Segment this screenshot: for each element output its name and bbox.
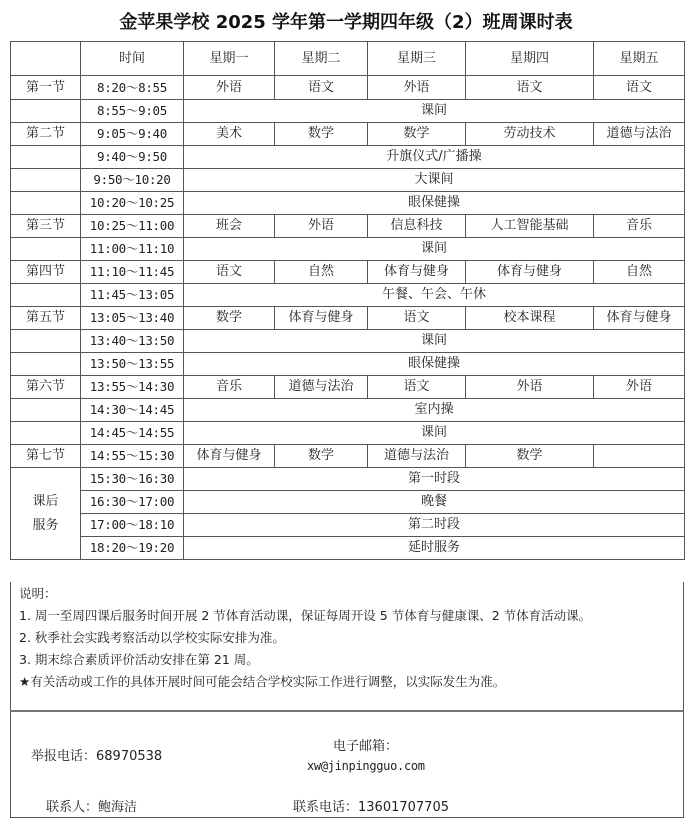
after-school-label-line1: 课后 [11,490,80,514]
time-cell: 10:25～11:00 [81,215,184,238]
merged-activity-cell: 课间 [184,238,685,261]
after-school-row: 18:20～19:20 延时服务 [11,537,685,560]
class-cell: 自然 [275,261,368,284]
class-cell: 语文 [368,307,466,330]
period-cell: 第七节 [11,445,81,468]
header-cell-friday: 星期五 [594,42,685,76]
class-cell: 体育与健身 [368,261,466,284]
merged-activity-cell: 课间 [184,422,685,445]
period-cell [11,422,81,445]
after-school-row: 课后 服务 15:30～16:30 第一时段 [11,468,685,491]
time-cell: 15:30～16:30 [81,468,184,491]
note-item-2: 2. 秋季社会实践考察活动以学校实际安排为准。 [11,627,683,649]
class-cell: 美术 [184,123,275,146]
class-cell: 数学 [466,445,594,468]
table-row: 8:55～9:05 课间 [11,100,685,123]
class-cell: 道德与法治 [275,376,368,399]
table-row: 9:50～10:20 大课间 [11,169,685,192]
page-title: 金苹果学校 2025 学年第一学期四年级（2）班周课时表 [0,8,692,34]
note-item-1: 1. 周一至周四课后服务时间开展 2 节体育活动课，保证每周开设 5 节体育与健… [11,605,683,627]
merged-activity-cell: 晚餐 [184,491,685,514]
header-cell-monday: 星期一 [184,42,275,76]
class-cell: 外语 [466,376,594,399]
class-cell: 语文 [466,76,594,100]
class-cell: 数学 [275,445,368,468]
class-cell: 语文 [594,76,685,100]
after-school-row: 16:30～17:00 晚餐 [11,491,685,514]
table-row: 11:45～13:05 午餐、午会、午休 [11,284,685,307]
period-cell: 第三节 [11,215,81,238]
period-cell [11,330,81,353]
table-row: 第七节 14:55～15:30 体育与健身 数学 道德与法治 数学 [11,445,685,468]
merged-activity-cell: 延时服务 [184,537,685,560]
period-cell: 第二节 [11,123,81,146]
time-cell: 11:45～13:05 [81,284,184,307]
merged-activity-cell: 室内操 [184,399,685,422]
table-row: 第一节 8:20～8:55 外语 语文 外语 语文 语文 [11,76,685,100]
merged-activity-cell: 眼保健操 [184,353,685,376]
table-row: 第五节 13:05～13:40 数学 体育与健身 语文 校本课程 体育与健身 [11,307,685,330]
after-school-label-line2: 服务 [11,514,80,538]
class-cell: 自然 [594,261,685,284]
class-cell: 道德与法治 [368,445,466,468]
report-phone: 举报电话：68970538 [31,745,162,764]
time-cell: 9:40～9:50 [81,146,184,169]
class-cell [594,445,685,468]
after-school-row: 17:00～18:10 第二时段 [11,514,685,537]
merged-activity-cell: 课间 [184,330,685,353]
period-cell [11,169,81,192]
header-cell-thursday: 星期四 [466,42,594,76]
note-item-star: ★有关活动或工作的具体开展时间可能会结合学校实际工作进行调整，以实际发生为准。 [11,671,683,693]
class-cell: 体育与健身 [594,307,685,330]
time-cell: 17:00～18:10 [81,514,184,537]
class-cell: 语文 [368,376,466,399]
merged-activity-cell: 升旗仪式/广播操 [184,146,685,169]
email-label: 电子邮箱： [333,735,398,754]
period-cell: 第五节 [11,307,81,330]
table-row: 第三节 10:25～11:00 班会 外语 信息科技 人工智能基础 音乐 [11,215,685,238]
class-cell: 外语 [594,376,685,399]
merged-activity-cell: 眼保健操 [184,192,685,215]
class-cell: 外语 [184,76,275,100]
class-cell: 班会 [184,215,275,238]
period-cell [11,284,81,307]
time-cell: 13:05～13:40 [81,307,184,330]
header-cell-tuesday: 星期二 [275,42,368,76]
table-row: 14:30～14:45 室内操 [11,399,685,422]
merged-activity-cell: 大课间 [184,169,685,192]
class-cell: 音乐 [184,376,275,399]
period-cell: 第四节 [11,261,81,284]
period-cell [11,100,81,123]
period-cell [11,192,81,215]
class-cell: 体育与健身 [275,307,368,330]
time-cell: 13:55～14:30 [81,376,184,399]
time-cell: 11:00～11:10 [81,238,184,261]
time-cell: 14:30～14:45 [81,399,184,422]
timetable: 时间 星期一 星期二 星期三 星期四 星期五 第一节 8:20～8:55 外语 … [10,41,685,560]
header-cell-blank [11,42,81,76]
table-row: 第四节 11:10～11:45 语文 自然 体育与健身 体育与健身 自然 [11,261,685,284]
class-cell: 外语 [275,215,368,238]
table-row: 第六节 13:55～14:30 音乐 道德与法治 语文 外语 外语 [11,376,685,399]
contact-footer: 举报电话：68970538 电子邮箱： xw@jinpingguo.com 联系… [10,710,684,818]
time-cell: 9:50～10:20 [81,169,184,192]
header-cell-wednesday: 星期三 [368,42,466,76]
email-address: xw@jinpingguo.com [307,759,425,773]
notes-heading: 说明： [11,583,683,605]
merged-activity-cell: 课间 [184,100,685,123]
table-row: 第二节 9:05～9:40 美术 数学 数学 劳动技术 道德与法治 [11,123,685,146]
header-row: 时间 星期一 星期二 星期三 星期四 星期五 [11,42,685,76]
class-cell: 数学 [275,123,368,146]
class-cell: 校本课程 [466,307,594,330]
period-cell: 第一节 [11,76,81,100]
period-cell [11,353,81,376]
class-cell: 音乐 [594,215,685,238]
period-cell: 第六节 [11,376,81,399]
time-cell: 10:20～10:25 [81,192,184,215]
merged-activity-cell: 午餐、午会、午休 [184,284,685,307]
period-cell [11,399,81,422]
notes-section: 说明： 1. 周一至周四课后服务时间开展 2 节体育活动课，保证每周开设 5 节… [10,582,684,711]
table-row: 13:40～13:50 课间 [11,330,685,353]
time-cell: 13:50～13:55 [81,353,184,376]
class-cell: 人工智能基础 [466,215,594,238]
class-cell: 数学 [184,307,275,330]
merged-activity-cell: 第二时段 [184,514,685,537]
note-item-3: 3. 期末综合素质评价活动安排在第 21 周。 [11,649,683,671]
after-school-label: 课后 服务 [11,468,81,560]
time-cell: 9:05～9:40 [81,123,184,146]
contact-phone: 联系电话：13601707705 [293,796,449,815]
time-cell: 13:40～13:50 [81,330,184,353]
table-row: 13:50～13:55 眼保健操 [11,353,685,376]
time-cell: 8:55～9:05 [81,100,184,123]
header-cell-time: 时间 [81,42,184,76]
class-cell: 体育与健身 [466,261,594,284]
time-cell: 18:20～19:20 [81,537,184,560]
period-cell [11,146,81,169]
class-cell: 体育与健身 [184,445,275,468]
class-cell: 道德与法治 [594,123,685,146]
class-cell: 外语 [368,76,466,100]
table-row: 10:20～10:25 眼保健操 [11,192,685,215]
time-cell: 8:20～8:55 [81,76,184,100]
time-cell: 11:10～11:45 [81,261,184,284]
merged-activity-cell: 第一时段 [184,468,685,491]
contact-person: 联系人：鲍海洁 [46,796,137,815]
class-cell: 劳动技术 [466,123,594,146]
table-row: 11:00～11:10 课间 [11,238,685,261]
time-cell: 14:55～15:30 [81,445,184,468]
class-cell: 数学 [368,123,466,146]
class-cell: 语文 [184,261,275,284]
period-cell [11,238,81,261]
class-cell: 语文 [275,76,368,100]
time-cell: 14:45～14:55 [81,422,184,445]
table-row: 9:40～9:50 升旗仪式/广播操 [11,146,685,169]
class-cell: 信息科技 [368,215,466,238]
table-row: 14:45～14:55 课间 [11,422,685,445]
time-cell: 16:30～17:00 [81,491,184,514]
